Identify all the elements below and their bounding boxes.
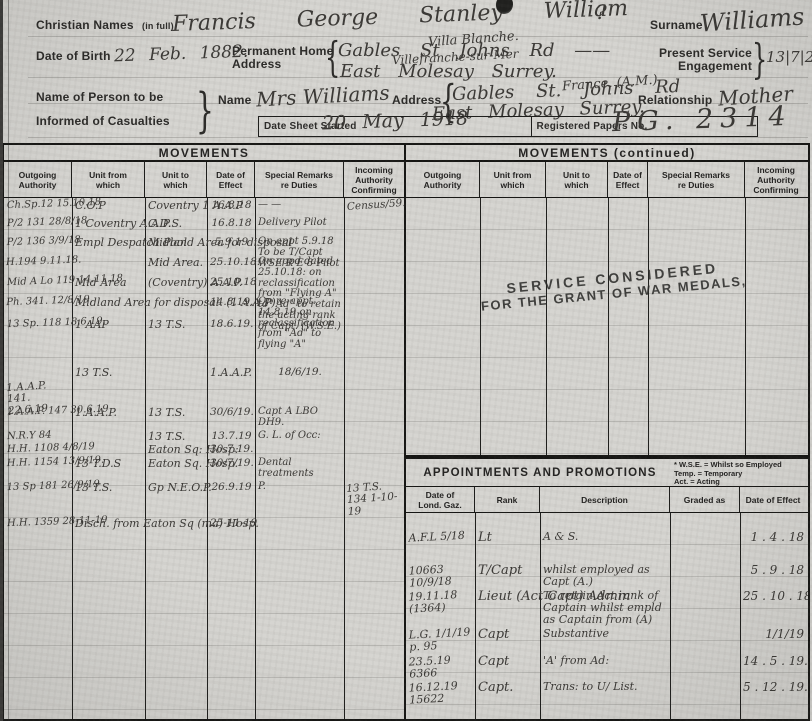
war-medals-stamp: SERVICE CONSIDERED FOR THE GRANT OF WAR … <box>427 252 798 318</box>
appointments-table: APPOINTMENTS AND PROMOTIONS * W.S.E. = W… <box>406 457 810 721</box>
appointment-gazette: 16.12.19 15622 <box>406 677 476 707</box>
appointments-legend: * W.S.E. = Whilst so Employed Temp. = Te… <box>674 459 808 486</box>
movement-row: P/2 136 3/9/18 Empl Despatch Pool Midlan… <box>4 235 404 255</box>
movement-remarks: — — <box>255 198 344 216</box>
movement-date: 30.7.19. <box>207 442 255 456</box>
movement-outgoing: 13 Sp. 118 18.6.19. <box>4 316 72 344</box>
movement-row: 13 Sp 181 26/9/19 13 T.S. Gp N.E.O.P. 26… <box>4 480 404 516</box>
movements-table: MOVEMENTS OutgoingAuthority Unit fromwhi… <box>2 143 406 721</box>
movement-date: 16.8.18 <box>207 198 255 216</box>
appointments-title: APPOINTMENTS AND PROMOTIONS <box>406 459 674 486</box>
col-description: Description <box>540 487 670 512</box>
appointment-graded-as <box>670 588 740 626</box>
appointment-date-of-effect: 5 . 12 . 19. <box>740 679 806 705</box>
movements-header: OutgoingAuthority Unit fromwhich Unit to… <box>4 162 404 198</box>
appointment-description: To retain Act rank of Captain whilst emp… <box>540 588 670 626</box>
movements-continued-title: MOVEMENTS (continued) <box>406 145 808 162</box>
appointment-graded-as <box>670 529 740 562</box>
movement-date: 26.9.19 <box>207 480 255 516</box>
movement-remarks: G. L. of Occ: <box>255 429 344 443</box>
movement-unit-to: C.D.S. <box>145 216 207 235</box>
appointment-date-of-effect: 14 . 5 . 19. <box>740 653 806 679</box>
movement-unit-to: 1.A.A.P. <box>207 365 255 379</box>
movement-date: 16.8.18 <box>207 216 255 235</box>
movement-unit-to: (Coventry) A.A.P. <box>145 275 207 295</box>
movement-date: 13.7.19 <box>207 429 255 443</box>
movement-unit-to: Coventry 1 A.A.P <box>145 198 207 216</box>
movement-outgoing: P/2 131 28/8/18 <box>4 215 72 236</box>
movement-date: 25.10.18 <box>207 275 255 295</box>
col-graded-as: Graded as <box>670 487 740 512</box>
appointment-description: Substantive <box>540 626 670 652</box>
movement-row: 13 T.S. 1.A.A.P. 18/6/19. 1.A.A.P. 141. … <box>4 365 404 405</box>
engagement-value: 13|7|25 <box>766 48 812 66</box>
appointment-rank: Capt <box>475 626 540 652</box>
appointment-description: A & S. <box>540 529 670 562</box>
movement-outgoing: H.H. 1359 28-11-19 <box>4 515 72 531</box>
appointment-rank: Capt <box>475 653 540 679</box>
appointment-date-of-effect: 1 . 4 . 18 <box>740 529 806 562</box>
movement-unit-to: 13 T.S. <box>145 317 207 343</box>
col-outgoing-authority: OutgoingAuthority <box>4 162 72 197</box>
col-unit-to: Unit towhich <box>546 162 608 197</box>
appointment-row: 16.12.19 15622 Capt. Trans: to U/ List. … <box>406 679 808 705</box>
movement-unit-to: 13 T.S. <box>145 405 207 429</box>
movement-unit-from <box>72 429 145 443</box>
christian-names-value: Francis George Stanley William <box>172 0 629 37</box>
movement-remarks <box>255 516 344 530</box>
movement-date: 18/6/19. <box>255 365 344 379</box>
appointment-row: L.G. 1/1/19 p. 95 Capt Substantive 1/1/1… <box>406 626 808 652</box>
movement-row: 13 Sp. 118 18.6.19. 1 AAP 13 T.S. 18.6.1… <box>4 317 404 343</box>
movement-unit-to: Gp N.E.O.P. <box>145 480 207 516</box>
ruled-line <box>28 137 808 138</box>
movement-remarks <box>255 442 344 456</box>
col-date-of-effect: Date of Effect <box>740 487 806 512</box>
movement-unit-to: Eaton Sq. Hosp. <box>145 456 207 480</box>
appointment-rank: Lieut (Act Capt) Admin <box>475 588 540 626</box>
movement-row: 1.A.A.P. 147 30.6.19 1.A.A.P. 13 T.S. 30… <box>4 405 404 429</box>
col-special-remarks: Special Remarksre Duties <box>648 162 745 197</box>
query-mark: ? <box>596 0 607 24</box>
movement-remarks: Dental treatments <box>255 456 344 480</box>
movement-row: H.H. 1359 28-11-19 Disch. from Eaton Sq … <box>4 516 404 530</box>
dob-value: 22 Feb. 1882. <box>114 42 249 67</box>
surname-value: Williams <box>699 2 805 37</box>
grid-line <box>648 198 649 455</box>
col-unit-from: Unit fromwhich <box>72 162 145 197</box>
movement-remarks <box>255 317 344 343</box>
name-label: Name <box>218 93 251 107</box>
appointment-graded-as <box>670 679 740 705</box>
engagement-brace: } <box>752 36 767 84</box>
appointment-rank: T/Capt <box>475 562 540 588</box>
appointments-header: Date ofLond. Gaz. Rank Description Grade… <box>406 487 808 513</box>
appointment-date-of-effect: 1/1/19 <box>740 626 806 652</box>
movements-title: MOVEMENTS <box>4 145 404 162</box>
movement-unit-to: 13 T.S. <box>145 429 207 443</box>
col-unit-from: Unit fromwhich <box>480 162 546 197</box>
col-rank: Rank <box>475 487 540 512</box>
appointment-rank: Capt. <box>475 679 540 705</box>
movement-row: Ch.Sp.12 15.10.18 C.O.P Coventry 1 A.A.P… <box>4 198 404 216</box>
appointment-graded-as <box>670 653 740 679</box>
movement-date: 30/7/19. <box>207 456 255 480</box>
movement-outgoing: 13 Sp 181 26/9/19 <box>4 479 73 517</box>
col-incoming-authority: Incoming AuthorityConfirming <box>745 162 807 197</box>
movements-body: Ch.Sp.12 15.10.18 C.O.P Coventry 1 A.A.P… <box>4 198 404 719</box>
next-of-kin-name-value: Mrs Williams <box>255 81 390 112</box>
appointment-rank: Lt <box>475 529 540 562</box>
movement-incoming <box>344 514 404 532</box>
col-date-of-effect: Date ofEffect <box>608 162 648 197</box>
page-left-edge <box>0 0 3 721</box>
grid-line <box>480 198 481 455</box>
movement-remarks: Delivery Pilot <box>255 216 344 235</box>
casualties-label-2: Informed of Casualties <box>36 114 170 128</box>
grid-line <box>546 198 547 455</box>
ruled-line <box>28 36 808 37</box>
appointment-row: A.F.L 5/18 Lt A & S. 1 . 4 . 18 <box>406 529 808 562</box>
movement-row: P/2 131 28/8/18 1 Coventry A.A.P. C.D.S.… <box>4 216 404 235</box>
appointment-graded-as <box>670 626 740 652</box>
movement-date: 25-11-19 <box>207 516 255 530</box>
casualties-label-1: Name of Person to be <box>36 90 163 104</box>
movement-remarks <box>255 275 344 295</box>
legend-act: Act. = Acting <box>674 478 806 487</box>
movement-unit-to: Eaton Sq: Hosp: <box>145 442 207 456</box>
movement-unit-from: 13 T.S. <box>72 365 207 379</box>
movement-remarks <box>344 365 404 379</box>
col-special-remarks: Special Remarksre Duties <box>255 162 344 197</box>
page-binding-line <box>8 0 9 721</box>
surname-label: Surname <box>650 18 703 32</box>
movement-remarks: Capt A LBO DH9. <box>255 405 344 429</box>
movement-row: H.H. 1154 13/9/19. 13 T.D.S Eaton Sq. Ho… <box>4 456 404 480</box>
grid-line <box>745 198 746 455</box>
col-date-lond-gaz: Date ofLond. Gaz. <box>406 487 475 512</box>
appointment-row: 10663 10/9/18 T/Capt whilst employed as … <box>406 562 808 588</box>
movement-outgoing: 1.A.A.P. 147 30.6.19 <box>4 404 72 430</box>
header-form: Christian Names (in full) Francis George… <box>0 0 812 143</box>
appointment-gazette: 19.11.18 (1364) <box>406 586 476 628</box>
christian-names-label: Christian Names <box>36 18 134 32</box>
movement-row: H.194 9.11.18. Mid Area. 25.10.18. On ap… <box>4 255 404 275</box>
registered-papers-value: PG. 2314 <box>612 101 794 138</box>
appointment-graded-as <box>670 562 740 588</box>
movement-date: 18.6.19. <box>207 317 255 343</box>
col-unit-to: Unit towhich <box>145 162 207 197</box>
movement-unit-to <box>145 516 207 530</box>
service-record-scan: { "header": { "christian_names_label": "… <box>0 0 812 721</box>
grid-line <box>608 198 609 455</box>
movement-date: 30/6/19. <box>207 405 255 429</box>
appointment-gazette: L.G. 1/1/19 p. 95 <box>406 625 476 655</box>
movements-continued-body: SERVICE CONSIDERED FOR THE GRANT OF WAR … <box>406 198 808 455</box>
movement-incoming: 13 T.S. 134 1-10-19 <box>343 478 404 518</box>
engagement-label: Present ServiceEngagement <box>656 47 752 73</box>
appointments-body: A.F.L 5/18 Lt A & S. 1 . 4 . 18 10663 10… <box>406 513 808 720</box>
appointment-description: Trans: to U/ List. <box>540 679 670 705</box>
appointment-gazette: 10663 10/9/18 <box>406 560 476 590</box>
movement-row: Mid A Lo 119 14.11.18 Mid Area (Coventry… <box>4 275 404 295</box>
movement-outgoing: Mid A Lo 119 14.11.18 <box>4 274 72 296</box>
appointment-date-of-effect: 25 . 10 . 18 <box>740 588 806 626</box>
appointment-row: 23.5.19 6366 Capt 'A' from Ad: 14 . 5 . … <box>406 653 808 679</box>
col-date-of-effect: Date ofEffect <box>207 162 255 197</box>
col-outgoing-authority: OutgoingAuthority <box>406 162 480 197</box>
movements-continued-header: OutgoingAuthority Unit fromwhich Unit to… <box>406 162 808 198</box>
movement-row: Ph. 341. 12/8/19. Midland Area for dispo… <box>4 295 404 317</box>
appointment-description: whilst employed as Capt (A.) <box>540 562 670 588</box>
dob-label: Date of Birth <box>36 49 111 63</box>
col-incoming-authority: Incoming AuthorityConfirming <box>344 162 404 197</box>
appointment-gazette: A.F.L 5/18 <box>406 527 476 564</box>
casualties-brace: } <box>196 82 214 138</box>
appointment-row: 19.11.18 (1364) Lieut (Act Capt) Admin T… <box>406 588 808 626</box>
appointment-date-of-effect: 5 . 9 . 18 <box>740 562 806 588</box>
movement-incoming <box>343 315 404 345</box>
movement-remarks: P. <box>255 480 344 516</box>
appointment-gazette: 23.5.19 6366 <box>406 651 476 681</box>
appointment-description: 'A' from Ad: <box>540 653 670 679</box>
movements-continued-table: MOVEMENTS (continued) OutgoingAuthority … <box>406 143 810 457</box>
appointments-titlebar: APPOINTMENTS AND PROMOTIONS * W.S.E. = W… <box>406 459 808 487</box>
movement-outgoing: H.H. 1154 13/9/19. <box>4 455 72 481</box>
home-address-label: Permanent HomeAddress <box>232 45 334 71</box>
in-full-label: (in full) <box>142 21 174 31</box>
